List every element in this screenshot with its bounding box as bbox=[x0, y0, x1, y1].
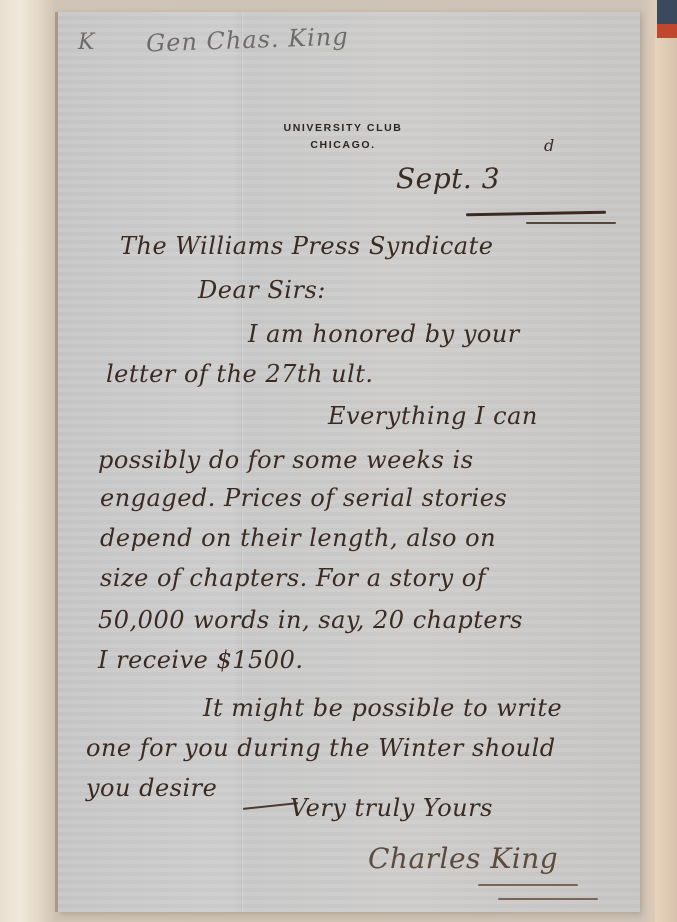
body-line: It might be possible to write bbox=[203, 694, 562, 722]
letter-sheet: K Gen Chas. King UNIVERSITY CLUB CHICAGO… bbox=[58, 12, 640, 912]
pencil-corner-mark: K bbox=[78, 30, 95, 55]
addressee: The Williams Press Syndicate bbox=[120, 232, 493, 260]
body-line: I am honored by your bbox=[248, 320, 520, 348]
flag-corner bbox=[657, 0, 677, 38]
letterhead-line1: UNIVERSITY CLUB bbox=[238, 120, 448, 137]
body-line: 50,000 words in, say, 20 chapters bbox=[98, 606, 523, 634]
pencil-archival-name: Gen Chas. King bbox=[146, 22, 349, 57]
body-line: letter of the 27th ult. bbox=[106, 360, 374, 388]
body-line: one for you during the Winter should bbox=[86, 734, 556, 762]
date-underline-second bbox=[526, 222, 616, 224]
body-line: size of chapters. For a story of bbox=[100, 564, 486, 592]
letterhead: UNIVERSITY CLUB CHICAGO. bbox=[238, 120, 448, 154]
signature-underline-second bbox=[498, 898, 598, 900]
letter-date: Sept. 3 bbox=[396, 162, 500, 195]
body-line: Everything I can bbox=[328, 402, 538, 430]
body-line: engaged. Prices of serial stories bbox=[100, 484, 507, 512]
body-line: you desire bbox=[86, 774, 217, 802]
date-underline bbox=[466, 211, 606, 216]
salutation: Dear Sirs: bbox=[198, 276, 326, 304]
body-line: depend on their length, also on bbox=[100, 524, 496, 552]
page-edge-strip bbox=[655, 38, 677, 922]
body-line: I receive $1500. bbox=[98, 646, 303, 674]
date-superscript: d bbox=[544, 136, 555, 155]
body-line: possibly do for some weeks is bbox=[98, 446, 474, 474]
signature: Charles King bbox=[368, 842, 558, 875]
letterhead-line2: CHICAGO. bbox=[238, 137, 448, 154]
closing: Very truly Yours bbox=[290, 794, 493, 822]
signature-underline bbox=[478, 884, 578, 886]
